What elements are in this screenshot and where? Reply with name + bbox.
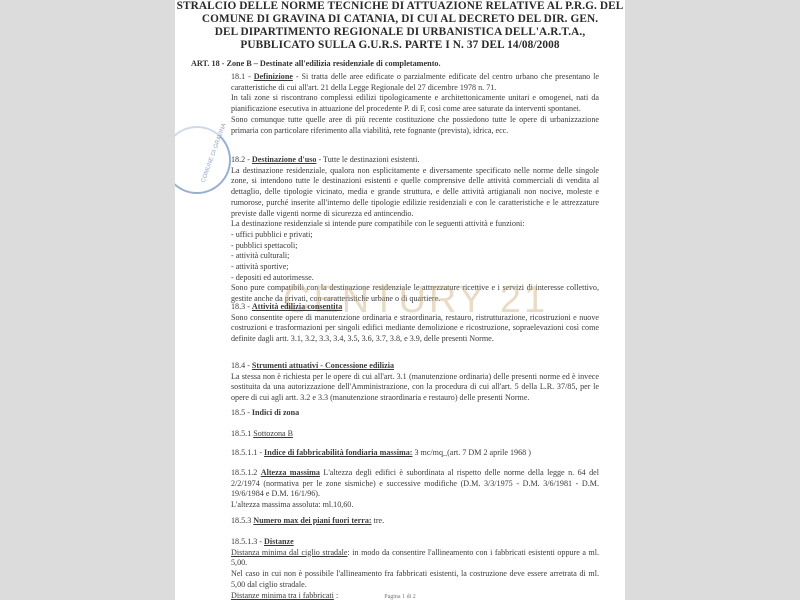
title-line: PUBBLICATO SULLA G.U.R.S. PARTE I N. 37 … (175, 39, 625, 52)
list-item: - depositi ed autorimesse. (231, 273, 599, 284)
section-heading: Definizione (254, 72, 293, 81)
section-text: La destinazione residenziale, qualora no… (231, 166, 599, 220)
section-text: Sono consentite opere di manutenzione or… (231, 313, 599, 345)
section-text: In tali zone si riscontrano complessi ed… (231, 93, 599, 114)
section-number: 18.5.3 (231, 516, 253, 525)
section-heading: Destinazione d'uso (252, 155, 317, 164)
list-item: - uffici pubblici e privati; (231, 230, 599, 241)
title-line: DEL DIPARTIMENTO REGIONALE DI URBANISTIC… (175, 26, 625, 39)
subheading: Distanza minima dal ciglio stradale (231, 548, 348, 557)
section-heading: Numero max dei piani fuori terra: (253, 516, 371, 525)
section-18-5-1-2: 18.5.1.2 Altezza massima L'altezza degli… (231, 468, 599, 511)
section-18-2: 18.2 - Destinazione d'uso - Tutte le des… (231, 155, 599, 305)
section-text: L'altezza massima assoluta: ml.10,60. (231, 500, 599, 511)
list-item: - attività sportive; (231, 262, 599, 273)
section-heading: Altezza massima (261, 468, 320, 477)
section-18-3: 18.3 - Attività edilizia consentita Sono… (231, 302, 599, 345)
list-item: - attività culturali; (231, 251, 599, 262)
section-18-5-1: 18.5.1 Sottozona B (231, 429, 599, 440)
article-heading: ART. 18 - Zone B – Destinate all'edilizi… (191, 59, 441, 68)
section-number: 18.4 - (231, 361, 252, 370)
page-footer: Pagina 1 di 2 (175, 594, 625, 600)
section-18-1: 18.1 - Definizione - Si tratta delle are… (231, 72, 599, 136)
title-line: COMUNE DI GRAVINA DI CATANIA, DI CUI AL … (175, 13, 625, 26)
section-number: 18.1 - (231, 72, 254, 81)
document-page: STRALCIO DELLE NORME TECNICHE DI ATTUAZI… (175, 0, 625, 600)
section-heading: Indici di zona (252, 408, 299, 417)
section-heading: Sottozona B (253, 429, 293, 438)
section-heading: Indice di fabbricabilità fondiaria massi… (264, 448, 412, 457)
section-text: 3 mc/mq_(art. 7 DM 2 aprile 1968 ) (412, 448, 530, 457)
title-line: STRALCIO DELLE NORME TECNICHE DI ATTUAZI… (175, 0, 625, 13)
section-number: 18.5.1.3 - (231, 537, 264, 546)
section-18-5-1-1: 18.5.1.1 - Indice di fabbricabilità fond… (231, 448, 599, 459)
section-heading: Distanze (264, 537, 294, 546)
section-number: 18.5.1.1 - (231, 448, 264, 457)
section-18-5-3: 18.5.3 Numero max dei piani fuori terra:… (231, 516, 599, 527)
section-heading: Attività edilizia consentita (252, 302, 342, 311)
section-text: tre. (372, 516, 385, 525)
section-number: 18.5.1.2 (231, 468, 261, 477)
section-text: La stessa non è richiesta per le opere d… (231, 372, 599, 404)
list-item: - pubblici spettacoli; (231, 241, 599, 252)
section-text: Sono comunque tutte quelle aree di più r… (231, 115, 599, 136)
section-text: Nel caso in cui non è possibile l'alline… (231, 569, 599, 590)
section-18-5: 18.5 - Indici di zona (231, 408, 599, 419)
section-text: - Tutte le destinazioni esistenti. (316, 155, 419, 164)
document-title: STRALCIO DELLE NORME TECNICHE DI ATTUAZI… (175, 0, 625, 52)
section-number: 18.2 - (231, 155, 252, 164)
section-heading: Strumenti attuativi - Concessione ediliz… (252, 361, 394, 370)
section-number: 18.5.1 (231, 429, 253, 438)
section-text: La destinazione residenziale si intende … (231, 219, 599, 230)
section-18-4: 18.4 - Strumenti attuativi - Concessione… (231, 361, 599, 404)
section-18-5-1-3: 18.5.1.3 - Distanze Distanza minima dal … (231, 537, 599, 600)
activities-list: - uffici pubblici e privati; - pubblici … (231, 230, 599, 284)
section-number: 18.5 - (231, 408, 252, 417)
section-number: 18.3 - (231, 302, 252, 311)
